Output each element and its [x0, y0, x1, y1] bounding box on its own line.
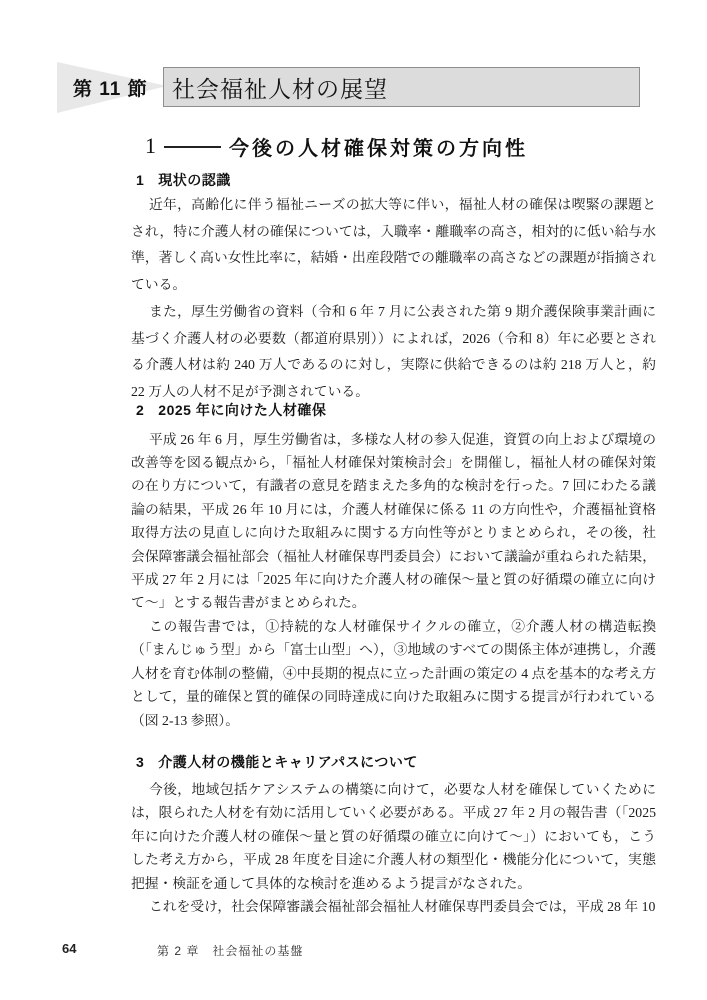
subsection-number: 1: [136, 172, 144, 188]
paragraph: この報告書では，①持続的な人材確保サイクルの確立，②介護人材の構造転換（「まんじ…: [131, 615, 656, 732]
body-content: 1 現状の認識 近年，高齢化に伴う福祉ニーズの拡大等に伴い，福祉人材の確保は喫緊…: [131, 170, 656, 918]
main-heading-title: 今後の人材確保対策の方向性: [229, 132, 528, 161]
subsection-body-1: 近年，高齢化に伴う福祉ニーズの拡大等に伴い，福祉人材の確保は喫緊の課題とされ，特…: [131, 192, 656, 406]
subsection-title: 2025 年に向けた人材確保: [158, 400, 326, 420]
document-page: 第 11 節 社会福祉人材の展望 1 今後の人材確保対策の方向性 1 現状の認識…: [0, 0, 707, 1000]
main-heading-number: 1: [145, 135, 156, 157]
subsection-heading-1: 1 現状の認識: [131, 170, 656, 192]
page-number: 64: [62, 941, 76, 956]
heading-rule: [164, 146, 221, 148]
subsection-body-2: 平成 26 年 6 月，厚生労働省は，多様な人材の参入促進，資質の向上および環境…: [131, 428, 656, 732]
main-heading: 1 今後の人材確保対策の方向性: [145, 132, 656, 160]
subsection-title: 現状の認識: [158, 170, 231, 190]
subsection-title: 介護人材の機能とキャリアパスについて: [158, 752, 418, 772]
subsection-body-3: 今後，地域包括ケアシステムの構築に向けて，必要な人材を確保していくためには，限ら…: [131, 778, 656, 918]
paragraph: 近年，高齢化に伴う福祉ニーズの拡大等に伴い，福祉人材の確保は喫緊の課題とされ，特…: [131, 192, 656, 299]
subsection-heading-3: 3 介護人材の機能とキャリアパスについて: [131, 752, 656, 774]
paragraph: 今後，地域包括ケアシステムの構築に向けて，必要な人材を確保していくためには，限ら…: [131, 778, 656, 895]
section-title-box: 社会福祉人材の展望: [163, 67, 640, 107]
paragraph: これを受け，社会保障審議会福祉部会福祉人材確保専門委員会では，平成 28 年 1…: [131, 895, 656, 918]
subsection-number: 2: [136, 402, 144, 418]
section-band: 第 11 節 社会福祉人材の展望: [57, 66, 640, 107]
subsection-number: 3: [136, 754, 144, 770]
footer-chapter-label: 第 2 章 社会福祉の基盤: [157, 942, 303, 959]
page-footer: 64 第 2 章 社会福祉の基盤: [0, 941, 707, 961]
section-number-label: 第 11 節: [73, 74, 148, 101]
section-title: 社会福祉人材の展望: [172, 71, 388, 104]
paragraph: また，厚生労働省の資料（令和 6 年 7 月に公表された第 9 期介護保険事業計…: [131, 299, 656, 406]
subsection-heading-2: 2 2025 年に向けた人材確保: [131, 400, 656, 422]
paragraph: 平成 26 年 6 月，厚生労働省は，多様な人材の参入促進，資質の向上および環境…: [131, 428, 656, 615]
